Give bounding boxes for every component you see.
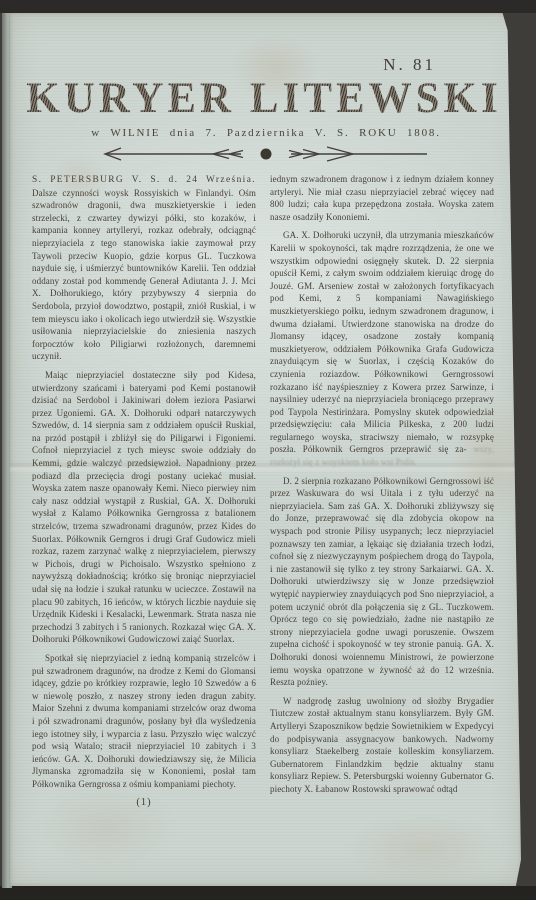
paragraph-text: GA. X. Dołhoruki uczynił, dla utrzymania… [270, 230, 494, 454]
article-paragraph: iednym szwadronem dragonow i z iednym dz… [270, 173, 494, 223]
article-paragraph: Spotkał się nieprzyiaciel z iedną kompan… [32, 652, 256, 791]
scan-background: N. 81 KURYER LITEWSKI w WILNIE dnia 7. P… [0, 0, 536, 900]
article-paragraph: D. 2 sierpnia rozkazano Półkownikowi Ger… [270, 475, 494, 689]
signature-mark: (1) [32, 797, 256, 810]
arrow-rule-icon [101, 143, 431, 165]
dateline: w WILNIE dnia 7. Pazdziernika V. S. ROKU… [10, 127, 522, 139]
issue-number: N. 81 [383, 55, 436, 75]
article-paragraph: GA. X. Dołhoruki uczynił, dla utrzymania… [270, 229, 494, 468]
paper-stain [340, 813, 510, 883]
paragraph-text: Dalsze czynności woysk Rossyiskich w Fin… [32, 188, 256, 362]
left-column: S. PETERSBURG V. S. d. 24 Września. Dals… [32, 173, 256, 809]
article-paragraph: S. PETERSBURG V. S. d. 24 Września. Dals… [32, 173, 256, 363]
article-columns: S. PETERSBURG V. S. d. 24 Września. Dals… [10, 165, 522, 809]
article-heading: S. PETERSBURG V. S. d. 24 Września. [32, 175, 256, 185]
newspaper-page: N. 81 KURYER LITEWSKI w WILNIE dnia 7. P… [10, 13, 522, 886]
masthead-title: KURYER LITEWSKI [16, 77, 512, 120]
right-column: iednym szwadronem dragonow i z iednym dz… [270, 173, 494, 809]
article-paragraph: W nadgrodę zasług uwolniony od słożby Br… [270, 695, 494, 796]
article-paragraph: Maiąc nieprzyiaciel dostateczne siły pod… [32, 369, 256, 646]
ornament-divider [10, 143, 522, 165]
